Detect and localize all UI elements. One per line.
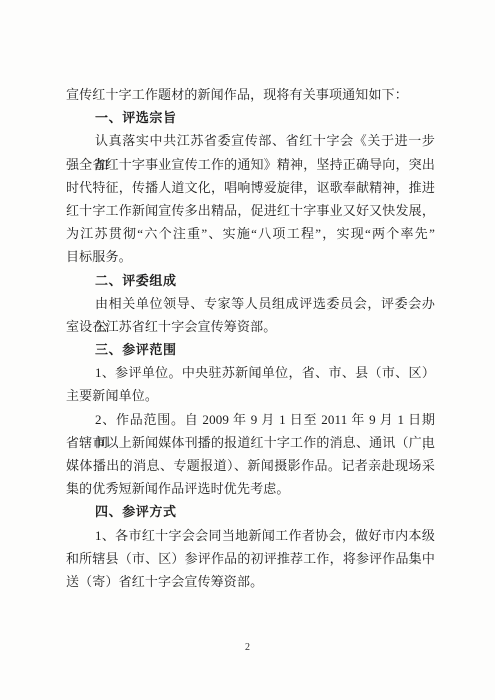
text-line: 2、作品范围。自 2009 年 9 月 1 日至 2011 年 9 月 1 日期… [66,408,435,431]
text-line: 主要新闻单位。 [66,384,435,407]
text-line: 认真落实中共江苏省委宣传部、省红十字会《关于进一步加 [66,129,435,152]
section-heading: 三、参评范围 [66,338,435,361]
section-heading: 四、参评方式 [66,500,435,523]
text-line: 由相关单位领导、专家等人员组成评选委员会，评委会办公 [66,292,435,315]
text-line: 媒体播出的消息、专题报道）、新闻摄影作品。记者亲赴现场采 [66,454,435,477]
section-heading: 一、评选宗旨 [66,106,435,129]
text-line: 时代特征，传播人道文化，唱响博爱旋律，讴歌奉献精神，推进 [66,176,435,199]
text-line: 集的优秀短新闻作品评选时优先考虑。 [66,477,435,500]
text-line: 目标服务。 [66,245,435,268]
page-number: 2 [0,641,495,655]
text-line: 室设在江苏省红十字会宣传筹资部。 [66,315,435,338]
text-line: 红十字工作新闻宣传多出精品，促进红十字事业又好又快发展， [66,199,435,222]
text-line: 为江苏贯彻“六个注重”、实施“八项工程”，实现“两个率先” [66,222,435,245]
text-line: 宣传红十字工作题材的新闻作品，现将有关事项通知如下： [66,83,435,106]
text-line: 1、参评单位。中央驻苏新闻单位，省、市、县（市、区） [66,361,435,384]
section-heading: 二、评委组成 [66,269,435,292]
text-line: 强全省红十字事业宣传工作的通知》精神，坚持正确导向，突出 [66,153,435,176]
document-body: 宣传红十字工作题材的新闻作品，现将有关事项通知如下：一、评选宗旨认真落实中共江苏… [66,83,435,593]
scanned-document-page: 宣传红十字工作题材的新闻作品，现将有关事项通知如下：一、评选宗旨认真落实中共江苏… [0,0,495,700]
text-line: 1、各市红十字会会同当地新闻工作者协会，做好市内本级 [66,524,435,547]
text-line: 送（寄）省红十字会宣传筹资部。 [66,570,435,593]
text-line: 和所辖县（市、区）参评作品的初评推荐工作，将参评作品集中 [66,547,435,570]
text-line: 省辖市以上新闻媒体刊播的报道红十字工作的消息、通讯（广电 [66,431,435,454]
